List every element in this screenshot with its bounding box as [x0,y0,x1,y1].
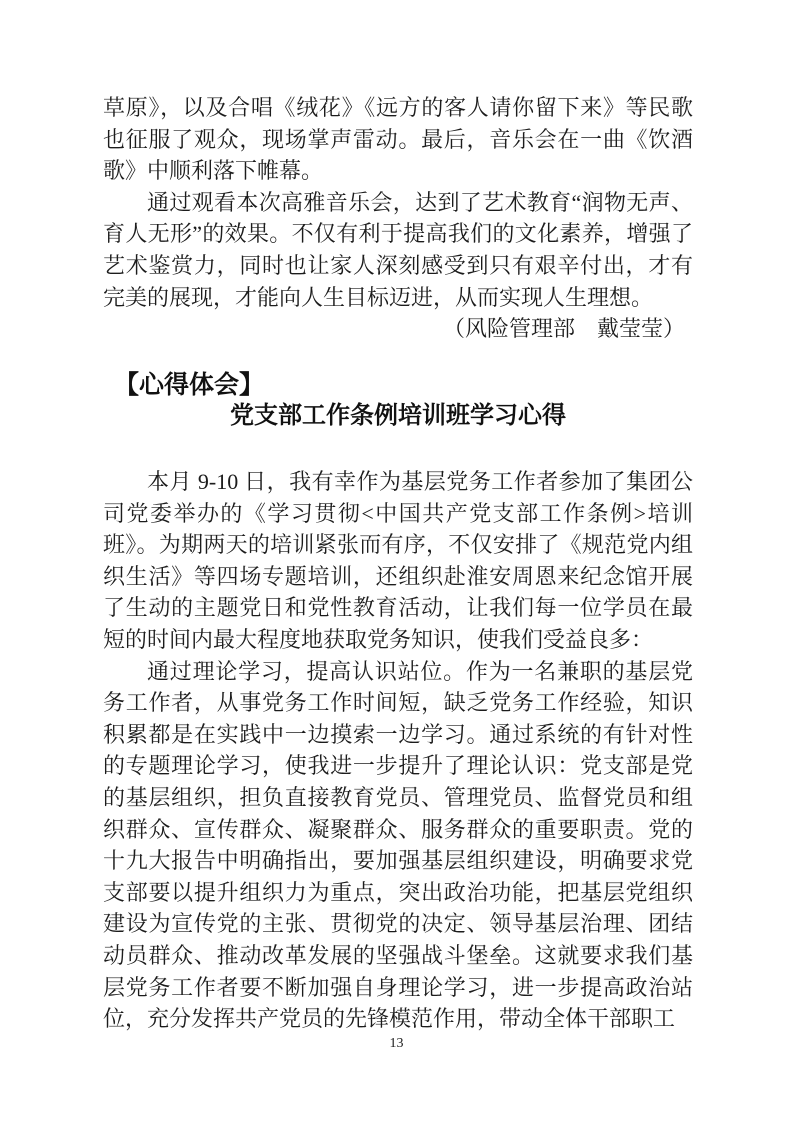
document-page: 草原》，以及合唱《绒花》《远方的客人请你留下来》等民歌也征服了观众，现场掌声雷动… [0,0,793,1122]
page-number: 13 [0,1036,793,1052]
article-title: 党支部工作条例培训班学习心得 [103,399,693,432]
article-training-notes: 本月 9-10 日，我有幸作为基层党务工作者参加了集团公司党委举办的《学习贯彻<… [103,466,693,1035]
paragraph-concert-continuation: 草原》，以及合唱《绒花》《远方的客人请你留下来》等民歌也征服了观众，现场掌声雷动… [103,92,693,187]
paragraph-training-intro: 本月 9-10 日，我有幸作为基层党务工作者参加了集团公司党委举办的《学习贯彻<… [103,466,693,656]
paragraph-concert-summary: 通过观看本次高雅音乐会，达到了艺术教育“润物无声、育人无形”的效果。不仅有利于提… [103,187,693,313]
section-header: 【心得体会】 [114,370,264,402]
article-concert-review: 草原》，以及合唱《绒花》《远方的客人请你留下来》等民歌也征服了观众，现场掌声雷动… [103,92,693,345]
signature-line: （风险管理部 戴莹莹） [103,313,693,345]
paragraph-theory-study: 通过理论学习，提高认识站位。作为一名兼职的基层党务工作者，从事党务工作时间短，缺… [103,656,693,1035]
